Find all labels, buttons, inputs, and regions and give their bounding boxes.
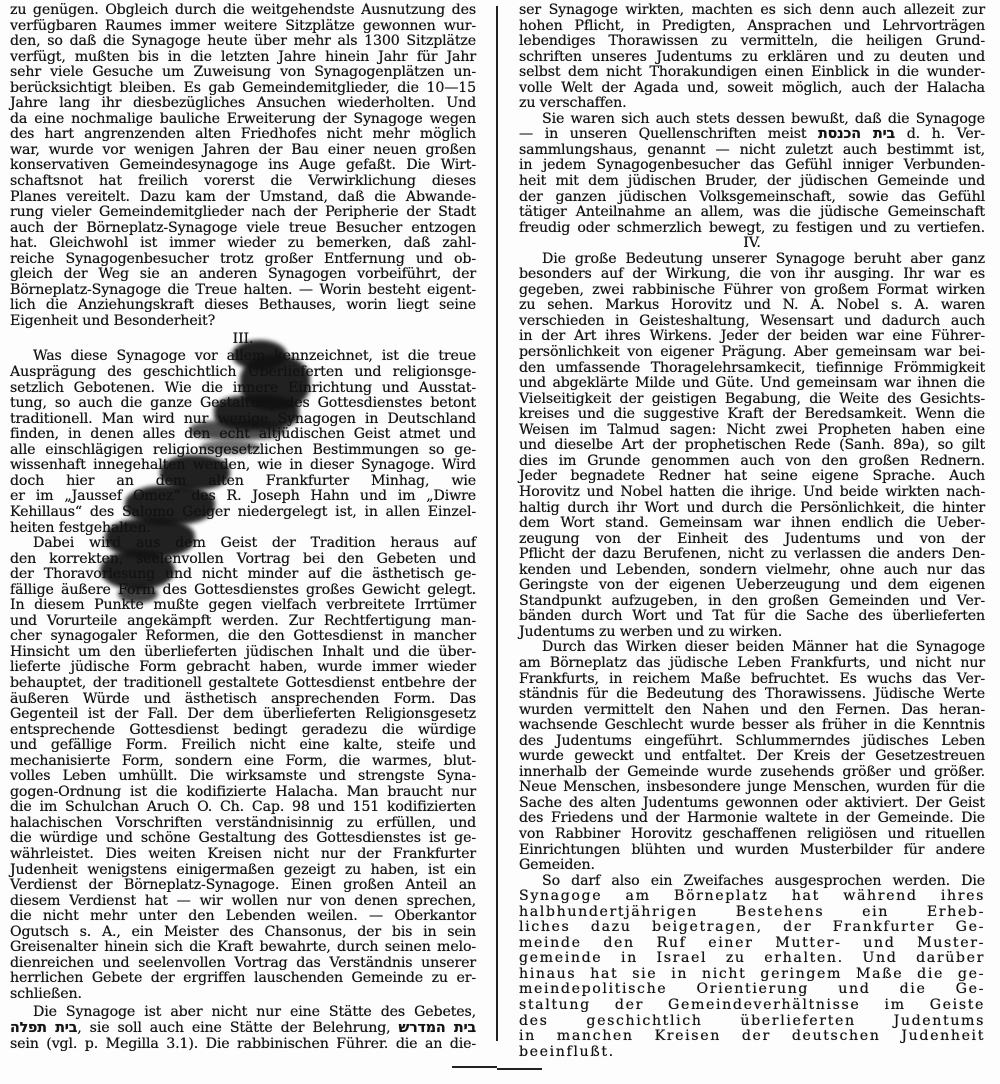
paragraph-house-of-study: Die Synagoge ist aber nicht nur eine Stä… xyxy=(10,1005,476,1052)
text-line: bänden durch Wort und Tat für die Sache … xyxy=(519,609,985,625)
text-line: volle Welt der Agada und, soweit möglich… xyxy=(519,81,985,97)
text-line-with-hebrew: בית תפלה, sie soll auch eine Stätte der … xyxy=(10,1021,476,1037)
text-line: war, wurde vor wenigen Jahren der Bau ei… xyxy=(10,143,476,159)
text-line: den, so daß die Synagoge heute über mehr… xyxy=(10,34,476,50)
text-line: herrlichen Gebete der ergriffen lauschen… xyxy=(10,971,476,987)
text-line: selbst dem nicht Thorakundigen einen Ein… xyxy=(519,65,985,81)
text-line: gemeinde in Israel zu erhalten. Und darü… xyxy=(519,951,985,967)
text-line: Verdienst der Börneplatz-Synagoge. Einen… xyxy=(10,878,476,894)
text-line: Judenheit wenigstens einigermaßen gezeig… xyxy=(10,863,476,879)
text-line: von Rabbiner Horovitz geschaffenen relig… xyxy=(519,827,985,843)
text-line: ser Synagoge wirkten, machten es sich de… xyxy=(519,3,985,19)
text-line: Durch das Wirken dieser beiden Männer ha… xyxy=(519,640,985,656)
text-line: Jeder begnadete Redner hat seine eigene … xyxy=(519,469,985,485)
text-line: den umfassende Thoragelehrsamkecit, tief… xyxy=(519,361,985,377)
text-line: äußeren Würde und ästhetisch ansprechend… xyxy=(10,692,476,708)
text-line: Sie waren sich auch stets dessen bewußt,… xyxy=(519,112,985,128)
text-line: am Börneplatz das jüdische Leben Frankfu… xyxy=(519,656,985,672)
left-column: zu genügen. Obgleich durch die weitgehen… xyxy=(10,3,476,1052)
text-line: Standpunkt aufzugeben, in den großen Gem… xyxy=(519,594,985,610)
text-line: sehr viele Gesuche um Zuweisung von Syna… xyxy=(10,65,476,81)
text-line: gegeben, zwei rabbinische Führer von gro… xyxy=(519,283,985,299)
text-line: Weisen im Talmud sagen: Nicht zwei Proph… xyxy=(519,423,985,439)
text-line: behauptet, der traditionell gestaltete G… xyxy=(10,676,476,692)
text-line: mechanisierte Form, sondern eine Form, d… xyxy=(10,754,476,770)
text-line: Börneplatz-Synagoge die Treue halten. — … xyxy=(10,283,476,299)
text-line: fällige äußere Form des Gottesdienstes g… xyxy=(10,583,476,599)
text-line: in der Art ihres Wirkens. Jeder der beid… xyxy=(519,329,985,345)
text-line: besonders auf der Wirkung, die von ihr a… xyxy=(519,267,985,283)
text-line: ständnis für die Bedeutung des Thorawiss… xyxy=(519,687,985,703)
paragraph-impact: Durch das Wirken dieser beiden Männer ha… xyxy=(519,640,985,873)
text-line: beeinflußt. xyxy=(519,1045,985,1061)
text-line: Eigenheit und Besonderheit? xyxy=(10,314,476,330)
text-line: der ganzen jüdischen Volksgemeinschaft, … xyxy=(519,190,985,206)
text-line: dem Wort stand. Gemeinsam war ihnen endl… xyxy=(519,516,985,532)
text-line: des geschichtlich überlieferten Judentum… xyxy=(519,1014,985,1030)
text-line: und dieselbe Art der prophetischen Rede … xyxy=(519,438,985,454)
text-line: haltig durch ihr Wort und durch die Pers… xyxy=(519,501,985,517)
text-line: Die Synagoge ist aber nicht nur eine Stä… xyxy=(10,1005,476,1021)
text-line: Judentums zu werben und zu wirken. xyxy=(519,625,985,641)
text-line: Hinsicht um den überlieferten jüdischen … xyxy=(10,645,476,661)
newspaper-page: zu genügen. Obgleich durch die weitgehen… xyxy=(0,0,1000,1084)
text-line: heit mit dem jüdischen Bruder, der jüdis… xyxy=(519,174,985,190)
text-line-with-hebrew: — in unseren Quellenschriften meist בית … xyxy=(519,127,985,143)
text-line: Die große Bedeutung unserer Synagoge ber… xyxy=(519,252,985,268)
text-line: und abgeklärte Milde und Güte. Und gemei… xyxy=(519,376,985,392)
text-line: zu sehen. Markus Horovitz und N. A. Nobe… xyxy=(519,298,985,314)
hebrew-beit-knesset: בית הכנסת xyxy=(818,126,895,142)
text-line: halbhundertjährigen Bestehens ein Erheb- xyxy=(519,905,985,921)
text-line: konservativen Gemeindesynagoge ins Auge … xyxy=(10,158,476,174)
text-fragment: — in unseren Quellenschriften meist xyxy=(519,126,806,142)
text-line: innerhalb der Gemeinde wurde zusehends g… xyxy=(519,765,985,781)
text-line: lich die Anziehungskraft dieses Bethause… xyxy=(10,298,476,314)
text-line: Sache des alten Judentums gewonnen oder … xyxy=(519,796,985,812)
text-line: gleich der Weg sie an anderen Synagogen … xyxy=(10,267,476,283)
text-line: lebendiges Thorawissen zu vermitteln, di… xyxy=(519,34,985,50)
text-line: zeugung von der Einheit des Judentums un… xyxy=(519,532,985,548)
text-line: Horovitz und Nobel hatten die ihrige. Un… xyxy=(519,485,985,501)
text-line: des Judentums eingeführt. Schlummerndes … xyxy=(519,734,985,750)
text-line: schließen. xyxy=(10,987,476,1003)
text-line: cher synagogaler Reformen, die den Gotte… xyxy=(10,629,476,645)
text-line: Jahre lang ihr diesbezügliches Ansuchen … xyxy=(10,96,476,112)
text-line: des Friedens und der Harmonie waltete in… xyxy=(519,811,985,827)
text-line: Synagoge am Börneplatz hat während ihres xyxy=(519,889,985,905)
text-line: die im Schulchan Aruch O. Ch. Cap. 98 un… xyxy=(10,800,476,816)
paragraph-capacity: zu genügen. Obgleich durch die weitgehen… xyxy=(10,3,476,329)
text-line: Kehillaus“ des Salomo Geiger niedergeleg… xyxy=(10,505,476,521)
text-line: sein (vgl. p. Megilla 3.1). Die rabbinis… xyxy=(10,1037,476,1053)
text-line: kreises und die suggestive Kraft der Ber… xyxy=(519,407,985,423)
text-line: auch der Börneplatz-Synagoge viele treue… xyxy=(10,221,476,237)
text-line: Vielseitigkeit der geistigen Begabung, d… xyxy=(519,392,985,408)
text-line: dienreichen und seelenvollen Vortrag das… xyxy=(10,956,476,972)
text-line: reiche Synagogenbesucher trotz großer En… xyxy=(10,252,476,268)
text-line: dies im Grunde genommen auch von den gro… xyxy=(519,454,985,470)
bottom-rule-left xyxy=(452,1066,497,1068)
text-line: verfügbaren Raumes immer weitere Sitzplä… xyxy=(10,19,476,35)
text-line: verfügt, mußten bis in die letzten Jahre… xyxy=(10,50,476,66)
text-line: kenden und Lebenden, sondern vielmehr, o… xyxy=(519,563,985,579)
text-line: währleistet. Dies weiten Kreisen nicht n… xyxy=(10,847,476,863)
text-line: meindepolitische Orientierung und die Ge… xyxy=(519,982,985,998)
text-line: freudig oder schmerzlich bewegt, zu fest… xyxy=(519,221,985,237)
hebrew-beit-midrash: בית המדרש xyxy=(399,1020,476,1036)
right-column: ser Synagoge wirkten, machten es sich de… xyxy=(519,3,985,1060)
bottom-rule-right xyxy=(497,1068,542,1070)
text-line: Gemeiden. xyxy=(519,858,985,874)
text-line: und gefällige Form. Freilich nicht eine … xyxy=(10,738,476,754)
column-divider xyxy=(496,6,498,1041)
text-fragment: , sie soll auch eine Stätte der Belehrun… xyxy=(77,1020,390,1036)
text-line: Greisenalter hinein sich die Kraft bewah… xyxy=(10,940,476,956)
text-line: Neue Menschen, insbesondere junge Mensch… xyxy=(519,780,985,796)
text-line: der Thoravorlesung und nicht minder auf … xyxy=(10,567,476,583)
text-line: meinde den Ruf einer Mutter- und Muster- xyxy=(519,936,985,952)
text-line: liches dazu beigetragen, der Frankfurter… xyxy=(519,920,985,936)
text-line: doch hier an dem alten Frankfurter Minha… xyxy=(10,474,476,490)
text-line: wurde geweckt und entfaltet. Der Kreis d… xyxy=(519,749,985,765)
text-line: Frankfurts, in reichem Maße befruchtet. … xyxy=(519,672,985,688)
text-line: Pflicht der dazu Berufenen, nicht zu ver… xyxy=(519,547,985,563)
text-line: sammlungshaus, genannt — nicht zuletzt a… xyxy=(519,143,985,159)
text-line: lieferte jüdische Form gebracht haben, w… xyxy=(10,660,476,676)
text-line: wissenhaft innegehalten werden, wie in d… xyxy=(10,458,476,474)
text-line: Dabei wird aus dem Geist der Tradition h… xyxy=(10,536,476,552)
paragraph-conclusion-spaced: So darf also ein Zweifaches ausgesproche… xyxy=(519,874,985,1061)
text-line: heiten festgehalten. xyxy=(10,521,476,537)
text-line: die würdige und schöne Gestaltung des Go… xyxy=(10,831,476,847)
text-line: die nicht mehr unter den Lebenden weilen… xyxy=(10,909,476,925)
text-line: und Vorurteile angekämpft werden. Zur Re… xyxy=(10,614,476,630)
paragraph-assembly-house: Sie waren sich auch stets dessen bewußt,… xyxy=(519,112,985,236)
text-fragment: d. h. Ver- xyxy=(907,126,985,142)
text-line: persönlichkeit von eigener Prägung. Aber… xyxy=(519,345,985,361)
text-line: schriften unseres Judentums zu erklären … xyxy=(519,50,985,66)
text-line: volles Leben umhüllt. Die wirksamste und… xyxy=(10,769,476,785)
text-line: wurden vermittelt den Nahen und den Fern… xyxy=(519,703,985,719)
text-line: In diesem Punkte mußte gegen vielfach ve… xyxy=(10,598,476,614)
text-line: des hart angrenzenden alten Friedhofes n… xyxy=(10,127,476,143)
paragraph-rabbinic-leaders: ser Synagoge wirkten, machten es sich de… xyxy=(519,3,985,112)
paragraph-significance: Die große Bedeutung unserer Synagoge ber… xyxy=(519,252,985,641)
text-line: Gegenteil ist der Fall. Der dem überlief… xyxy=(10,707,476,723)
text-line: gogen-Ordnung ist die kodifizierte Halac… xyxy=(10,785,476,801)
section-heading-iv: IV. xyxy=(519,236,985,252)
text-line: halachischen Vorschriften verständnisinn… xyxy=(10,816,476,832)
text-line: staltung der Gemeindeverhältnisse im Gei… xyxy=(519,998,985,1014)
text-line: berücksichtigt bleiben. Es gab Gemeindem… xyxy=(10,81,476,97)
text-line: entsprechende Gottesdienst bedingt gerad… xyxy=(10,723,476,739)
paragraph-form-of-service: Dabei wird aus dem Geist der Tradition h… xyxy=(10,536,476,1002)
text-line: Planes vereitelt. Dazu kam der Umstand, … xyxy=(10,190,476,206)
text-line: in jedem Synagogenbesucher das Gefühl in… xyxy=(519,158,985,174)
text-line: hat. Gleichwohl ist immer wieder zu beme… xyxy=(10,236,476,252)
text-line: zu verschaffen. xyxy=(519,96,985,112)
text-line: verschieden in Geisteshaltung, Wesensart… xyxy=(519,314,985,330)
text-line: So darf also ein Zweifaches ausgesproche… xyxy=(519,874,985,890)
text-line: Ogutsch s. A., ein Meister des Chansonus… xyxy=(10,925,476,941)
text-line: Einrichtungen blühten und wurden Musterb… xyxy=(519,843,985,859)
text-line: hohen Pflicht, in Predigten, Ansprachen … xyxy=(519,19,985,35)
text-line: den korrekten, seelenvollen Vortrag bei … xyxy=(10,552,476,568)
text-line: zu genügen. Obgleich durch die weitgehen… xyxy=(10,3,476,19)
text-line: wachsende Geschlecht wurde besser als fr… xyxy=(519,718,985,734)
text-line: schaftsnot hat freilich vorerst die Verw… xyxy=(10,174,476,190)
text-line: da eine nochmalige bauliche Erweiterung … xyxy=(10,112,476,128)
text-line: hinaus hat sie in nicht geringem Maße di… xyxy=(519,967,985,983)
text-line: Geringste von der eigenen Ueberzeugung u… xyxy=(519,578,985,594)
hebrew-beit-tefila: בית תפלה xyxy=(10,1020,77,1036)
text-line: er im „Jaussef Omez“ des R. Joseph Hahn … xyxy=(10,489,476,505)
text-line: tätiger Anteilnahme an allem, was die jü… xyxy=(519,205,985,221)
text-line: rung vieler Gemeindemitglieder nach der … xyxy=(10,205,476,221)
text-line: in manchen Kreisen der deutschen Judenhe… xyxy=(519,1029,985,1045)
text-line: diesem Verdienst hat — wir wollen nur vo… xyxy=(10,894,476,910)
